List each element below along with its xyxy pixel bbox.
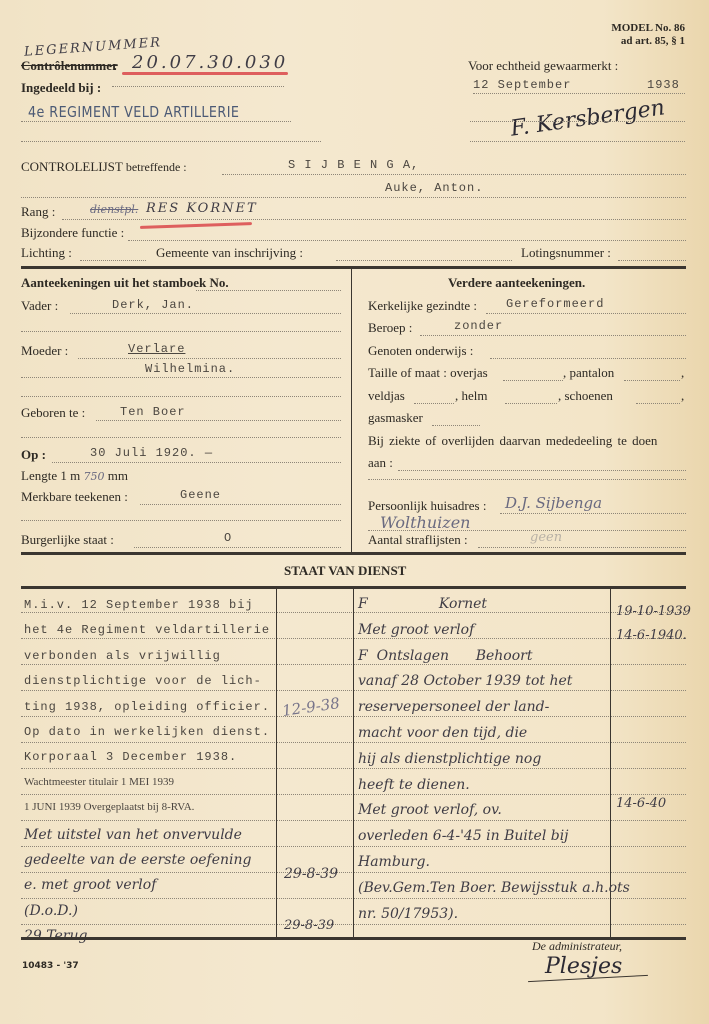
- dotted-line: [368, 530, 686, 531]
- merkbare-label: Merkbare teekenen :: [21, 489, 128, 505]
- dotted-line: [21, 396, 341, 397]
- dotted-line: [336, 260, 512, 261]
- op-value: 30 Juli 1920. —: [90, 446, 213, 460]
- comma: ,: [681, 365, 684, 381]
- staat-right-line: Met groot verlof: [358, 622, 474, 638]
- staat-right-line: F Kornet: [358, 596, 487, 612]
- kerkelijke-label: Kerkelijke gezindte :: [368, 298, 477, 314]
- dotted-line: [354, 820, 609, 821]
- staat-right-line: Met groot verlof, ov.: [358, 802, 502, 818]
- dotted-line: [140, 504, 341, 505]
- dotted-line: [21, 612, 275, 613]
- onderwijs-label: Genoten onderwijs :: [368, 343, 473, 359]
- print-code: 10483 - '37: [22, 961, 79, 971]
- dotted-line: [52, 462, 341, 463]
- dotted-line: [624, 380, 680, 381]
- dotted-line: [21, 794, 275, 795]
- dotted-line: [21, 898, 275, 899]
- beroep-value: zonder: [454, 319, 503, 333]
- rang-label: Rang :: [21, 204, 55, 220]
- dotted-line: [470, 141, 685, 142]
- vader-value: Derk, Jan.: [112, 298, 194, 312]
- staat-left-line: het 4e Regiment veldartillerie: [24, 623, 270, 637]
- dotted-line: [611, 872, 686, 873]
- colon: :: [113, 58, 117, 74]
- staat-right-line: heeft te dienen.: [358, 777, 470, 793]
- dotted-line: [277, 664, 352, 665]
- column-divider: [353, 588, 354, 938]
- dotted-line: [354, 846, 609, 847]
- staat-left-line: Op dato in werkelijken dienst.: [24, 725, 270, 739]
- dotted-line: [70, 313, 341, 314]
- staat-right-line: Hamburg.: [358, 854, 430, 870]
- dotted-line: [21, 520, 341, 521]
- dotted-line: [62, 219, 686, 220]
- dotted-line: [21, 690, 275, 691]
- dotted-line: [354, 924, 609, 925]
- staat-right-line: reservepersoneel der land-: [358, 699, 549, 715]
- staat-left-line: dienstplichtige voor de lich-: [24, 674, 262, 688]
- helm-label: , helm: [455, 388, 488, 404]
- dotted-line: [354, 768, 609, 769]
- surname: S I J B E N G A,: [288, 158, 419, 172]
- dotted-line: [21, 716, 275, 717]
- rang-struck: dienstpl.: [90, 203, 138, 216]
- dotted-line: [277, 612, 352, 613]
- dotted-line: [112, 86, 284, 87]
- controlenummer-value: 20.07.30.030: [132, 52, 288, 73]
- dotted-line: [354, 612, 609, 613]
- gemeente-label: Gemeente van inschrijving :: [156, 245, 303, 261]
- dotted-line: [354, 690, 609, 691]
- section-rule: [21, 552, 686, 555]
- dotted-line: [354, 638, 609, 639]
- dotted-line: [354, 794, 609, 795]
- red-underline: [122, 72, 288, 75]
- dotted-line: [611, 690, 686, 691]
- dotted-line: [277, 794, 352, 795]
- burgerlijke-label: Burgerlijke staat :: [21, 532, 114, 548]
- beroep-label: Beroep :: [368, 320, 412, 336]
- far-right-date-1: 19-10-1939: [616, 604, 691, 619]
- model-number: MODEL No. 86: [611, 22, 685, 35]
- dotted-line: [354, 742, 609, 743]
- dotted-line: [21, 377, 341, 378]
- dotted-line: [277, 742, 352, 743]
- article-reference: ad art. 85, § 1: [611, 35, 685, 48]
- lengte-value: 750: [83, 470, 104, 483]
- given-names: Auke, Anton.: [385, 181, 483, 195]
- dotted-line: [398, 470, 686, 471]
- staat-heading: STAAT VAN DIENST: [284, 563, 406, 579]
- dotted-line: [21, 742, 275, 743]
- schoenen-label: , schoenen: [558, 388, 613, 404]
- burgerlijke-value: O: [224, 531, 232, 545]
- lengte-unit: mm: [108, 468, 128, 483]
- moeder-value-1: Verlare: [128, 342, 185, 356]
- dotted-line: [486, 313, 686, 314]
- huisadres-label: Persoonlijk huisadres :: [368, 498, 486, 514]
- dotted-line: [354, 898, 609, 899]
- dotted-line: [354, 664, 609, 665]
- lengte-label: Lengte 1 m 750 mm: [21, 468, 128, 484]
- dotted-line: [78, 358, 341, 359]
- dotted-line: [611, 820, 686, 821]
- dotted-line: [21, 437, 341, 438]
- staat-left-line: 1 JUNI 1939 Overgeplaatst bij 8-RVA.: [24, 801, 194, 813]
- dotted-line: [222, 174, 686, 175]
- rang-value: RES KORNET: [146, 201, 258, 216]
- ingedeeld-stamp: 4e REGIMENT VELD ARTILLERIE: [28, 103, 239, 121]
- dotted-line: [21, 664, 275, 665]
- column-divider: [351, 268, 352, 554]
- veldjas-label: veldjas: [368, 388, 405, 404]
- verdere-heading: Verdere aanteekeningen.: [448, 275, 585, 291]
- dotted-line: [414, 403, 454, 404]
- dotted-line: [277, 846, 352, 847]
- merkbare-value: Geene: [180, 488, 221, 502]
- dotted-line: [470, 121, 685, 122]
- staat-left-line: verbonden als vrijwillig: [24, 649, 221, 663]
- staat-left-line: (D.o.D.): [24, 903, 78, 919]
- staat-right-line: F Ontslagen Behoort: [358, 648, 532, 664]
- moeder-value-2: Wilhelmina.: [145, 362, 235, 376]
- staat-left-line: e. met groot verlof: [24, 877, 156, 893]
- dotted-line: [21, 331, 341, 332]
- moeder-label: Moeder :: [21, 343, 68, 359]
- dotted-line: [505, 403, 557, 404]
- straflijsten-label: Aantal straflijsten :: [368, 532, 468, 548]
- staat-left-line: M.i.v. 12 September 1938 bij: [24, 598, 254, 612]
- taille-label: Taille of maat : overjas: [368, 365, 488, 381]
- controlelijst-title: CONTROLELIJST: [21, 159, 123, 174]
- dotted-line: [21, 820, 275, 821]
- geboren-value: Ten Boer: [120, 405, 186, 419]
- dotted-line: [611, 716, 686, 717]
- red-underline: [140, 222, 252, 229]
- dotted-line: [636, 403, 680, 404]
- staat-left-line: ting 1938, opleiding officier.: [24, 700, 270, 714]
- administrateur-label: De administrateur,: [532, 939, 622, 954]
- dotted-line: [611, 768, 686, 769]
- op-label: Op :: [21, 447, 46, 463]
- dotted-line: [500, 513, 686, 514]
- aan-label: aan :: [368, 455, 393, 471]
- staat-left-line: gedeelte van de eerste oefening: [24, 852, 252, 868]
- controlenummer-label: Contrôlenummer: [21, 58, 118, 74]
- far-right-date-3: 14-6-40: [616, 796, 666, 811]
- pantalon-label: , pantalon: [563, 365, 614, 381]
- dotted-line: [21, 768, 275, 769]
- staat-left-line: Korporaal 3 December 1938.: [24, 750, 237, 764]
- dotted-line: [277, 690, 352, 691]
- dotted-line: [277, 768, 352, 769]
- stamboek-heading: Aanteekeningen uit het stamboek No.: [21, 275, 229, 291]
- dotted-line: [21, 872, 275, 873]
- dotted-line: [21, 924, 275, 925]
- dotted-line: [611, 794, 686, 795]
- dotted-line: [277, 898, 352, 899]
- dotted-line: [420, 335, 686, 336]
- signature: F. Kersbergen: [509, 95, 666, 141]
- comma: ,: [681, 388, 684, 404]
- dotted-line: [21, 141, 321, 142]
- dotted-line: [134, 547, 341, 548]
- form-model-number: MODEL No. 86 ad art. 85, § 1: [611, 22, 685, 48]
- dotted-line: [96, 420, 341, 421]
- straflijsten-value: geen: [530, 530, 562, 545]
- dotted-line: [368, 479, 686, 480]
- dotted-line: [490, 358, 686, 359]
- section-rule: [21, 266, 686, 269]
- functie-label: Bijzondere functie :: [21, 225, 124, 241]
- dotted-line: [80, 260, 146, 261]
- huisadres-value-1: D.J. Sijbenga: [505, 494, 602, 512]
- geboren-label: Geboren te :: [21, 405, 85, 421]
- dotted-line: [277, 638, 352, 639]
- dotted-line: [432, 425, 480, 426]
- ziekte-label: Bij ziekte of overlijden daarvan mededee…: [368, 433, 657, 449]
- dotted-line: [473, 93, 685, 94]
- gasmasker-label: gasmasker: [368, 410, 423, 426]
- lichting-label: Lichting :: [21, 245, 72, 261]
- vader-label: Vader :: [21, 298, 58, 314]
- lengte-prefix: Lengte 1 m: [21, 468, 80, 483]
- staat-left-line: Met uitstel van het onvervulde: [24, 827, 242, 843]
- staat-right-line: nr. 50/17953).: [358, 906, 458, 922]
- column-divider: [276, 588, 277, 938]
- controlelijst-label: CONTROLELIJST betreffende :: [21, 159, 187, 175]
- staat-right-line: (Bev.Gem.Ten Boer. Bewijsstuk a.h.ots: [358, 880, 630, 896]
- ingedeeld-label: Ingedeeld bij :: [21, 80, 101, 96]
- mid-date-3: 29-8-39: [284, 918, 334, 933]
- dotted-line: [618, 260, 686, 261]
- dotted-line: [478, 547, 686, 548]
- staat-right-line: vanaf 28 October 1939 tot het: [358, 673, 572, 689]
- staat-left-line: Wachtmeester titulair 1 MEI 1939: [24, 776, 174, 788]
- dotted-line: [611, 846, 686, 847]
- dotted-line: [21, 197, 686, 198]
- staat-right-line: overleden 6-4-'45 in Buitel bij: [358, 828, 569, 844]
- lotingsnummer-label: Lotingsnummer :: [521, 245, 611, 261]
- dotted-line: [21, 638, 275, 639]
- dotted-line: [611, 664, 686, 665]
- dotted-line: [354, 716, 609, 717]
- dotted-line: [128, 240, 686, 241]
- betreffende-label: betreffende :: [126, 160, 187, 174]
- echtheid-date: 12 September: [473, 78, 571, 92]
- far-right-date-2: 14-6-1940.: [616, 628, 687, 643]
- mid-date-2: 29-8-39: [284, 866, 338, 882]
- staat-right-line: hij als dienstplichtige nog: [358, 751, 541, 767]
- dotted-line: [611, 924, 686, 925]
- staat-right-line: macht voor den tijd, die: [358, 725, 527, 741]
- echtheid-year: 1938: [647, 78, 680, 92]
- dotted-line: [611, 898, 686, 899]
- dotted-line: [277, 820, 352, 821]
- dotted-line: [503, 380, 563, 381]
- dotted-line: [354, 872, 609, 873]
- dotted-line: [196, 290, 341, 291]
- kerkelijke-value: Gereformeerd: [506, 297, 604, 311]
- dotted-line: [21, 846, 275, 847]
- dotted-line: [611, 742, 686, 743]
- administrateur-signature: Plesjes: [545, 954, 622, 979]
- echtheid-label: Voor echtheid gewaarmerkt :: [468, 58, 618, 74]
- dotted-line: [21, 121, 291, 122]
